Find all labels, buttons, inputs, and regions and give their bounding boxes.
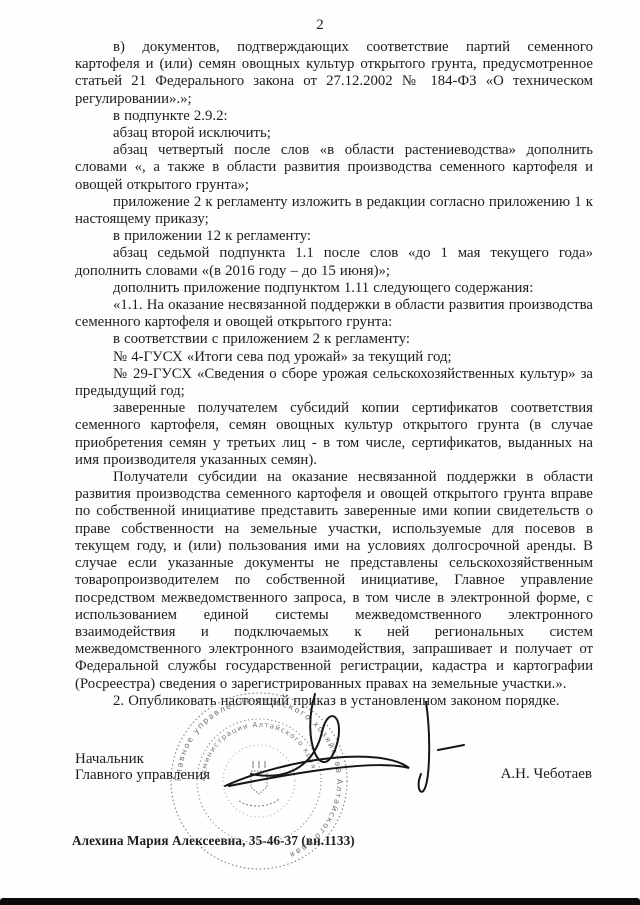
- signer-title-line2: Главного управления: [75, 768, 210, 784]
- scanned-document-page: 2 в) документов, подтверждающих соответс…: [0, 0, 640, 905]
- paragraph: в подпункте 2.9.2:: [75, 108, 593, 125]
- handwritten-signature-icon: [195, 688, 475, 828]
- paragraph: дополнить приложение подпунктом 1.11 сле…: [75, 280, 593, 297]
- signer-title-line1: Начальник: [75, 752, 210, 768]
- paragraph: абзац второй исключить;: [75, 125, 593, 142]
- paragraph: № 29-ГУСХ «Сведения о сборе урожая сельс…: [75, 366, 593, 400]
- scan-edge-bar: [0, 898, 640, 905]
- signer-title: Начальник Главного управления: [75, 752, 210, 783]
- paragraph: Получатели субсидии на оказание несвязан…: [75, 469, 593, 693]
- paragraph: в приложении 12 к регламенту:: [75, 228, 593, 245]
- signer-name: А.Н. Чеботаев: [440, 766, 592, 783]
- paragraph: абзац четвертый после слов «в области ра…: [75, 142, 593, 194]
- paragraph: в соответствии с приложением 2 к регламе…: [75, 331, 593, 348]
- paragraph: заверенные получателем субсидий копии се…: [75, 400, 593, 469]
- paragraph: № 4-ГУСХ «Итоги сева под урожай» за теку…: [75, 349, 593, 366]
- document-body: в) документов, подтверждающих соответств…: [75, 39, 593, 710]
- paragraph: приложение 2 к регламенту изложить в ред…: [75, 194, 593, 228]
- paragraph: абзац седьмой подпункта 1.1 после слов «…: [75, 245, 593, 279]
- paragraph: в) документов, подтверждающих соответств…: [75, 39, 593, 108]
- paragraph: «1.1. На оказание несвязанной поддержки …: [75, 297, 593, 331]
- page-number: 2: [0, 17, 640, 34]
